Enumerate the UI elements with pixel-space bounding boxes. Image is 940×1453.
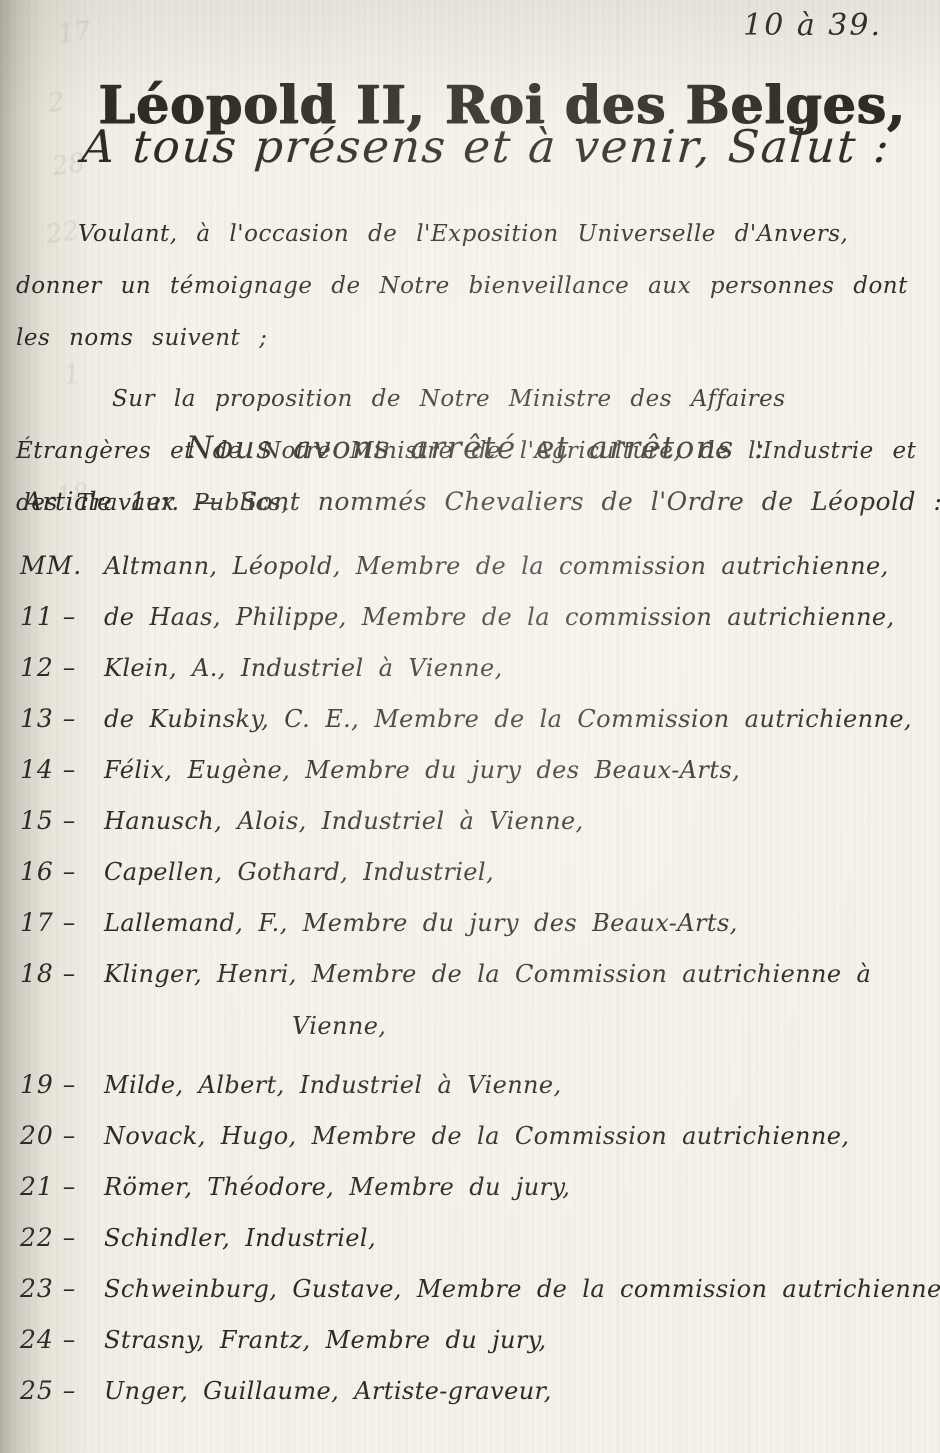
entry-number: 25 – [20, 1376, 104, 1405]
entry-text: de Kubinsky, C. E., Membre de la Commiss… [104, 705, 912, 733]
entry-number: 15 – [20, 806, 104, 835]
entry-text: Klein, A., Industriel à Vienne, [104, 654, 503, 682]
entry-number: 14 – [20, 755, 104, 784]
entry-number: 17 – [20, 908, 104, 937]
entry-text: de Haas, Philippe, Membre de la commissi… [104, 603, 895, 631]
list-item: 18 – Klinger, Henri, Membre de la Commis… [20, 948, 932, 999]
entry-text: Strasny, Frantz, Membre du jury, [104, 1326, 547, 1354]
entry-number: 11 – [20, 602, 104, 631]
entry-text-continuation: Vienne, [292, 1012, 386, 1040]
list-item: 20 – Novack, Hugo, Membre de la Commissi… [20, 1110, 932, 1161]
list-item: 21 – Römer, Théodore, Membre du jury, [20, 1161, 932, 1212]
entry-number: 12 – [20, 653, 104, 682]
preamble-paragraph: Voulant, à l'occasion de l'Exposition Un… [16, 208, 924, 364]
entry-text: Schweinburg, Gustave, Membre de la commi… [104, 1275, 940, 1303]
list-item: 12 – Klein, A., Industriel à Vienne, [20, 642, 932, 693]
list-item: 15 – Hanusch, Alois, Industriel à Vienne… [20, 795, 932, 846]
entry-text: Römer, Théodore, Membre du jury, [104, 1173, 570, 1201]
list-item: 14 – Félix, Eugène, Membre du jury des B… [20, 744, 932, 795]
entry-number: 18 – [20, 959, 104, 988]
entry-number: 13 – [20, 704, 104, 733]
list-item: 22 – Schindler, Industriel, [20, 1212, 932, 1263]
entry-number: 22 – [20, 1223, 104, 1252]
entry-text: Lallemand, F., Membre du jury des Beaux-… [104, 909, 738, 937]
article-heading: Article 1er. — Sont nommés Chevaliers de… [24, 487, 940, 516]
entry-number: 23 – [20, 1274, 104, 1303]
decree-line: Nous avons arrêté et arrêtons : [186, 430, 766, 466]
nominee-list: MM. Altmann, Léopold, Membre de la commi… [20, 540, 932, 1416]
bleedthrough-mark: 17 [56, 16, 93, 50]
list-item: MM. Altmann, Léopold, Membre de la commi… [20, 540, 932, 591]
list-item-continuation: Vienne, [20, 999, 932, 1053]
entry-text: Unger, Guillaume, Artiste-graveur, [104, 1377, 552, 1405]
list-item: 24 – Strasny, Frantz, Membre du jury, [20, 1314, 932, 1365]
salutation-line: A tous présens et à venir, Salut : [80, 120, 804, 173]
list-item: 11 – de Haas, Philippe, Membre de la com… [20, 591, 932, 642]
list-item: 13 – de Kubinsky, C. E., Membre de la Co… [20, 693, 932, 744]
entry-text: Hanusch, Alois, Industriel à Vienne, [104, 807, 584, 835]
entry-number: 19 – [20, 1070, 104, 1099]
bleedthrough-mark: 2 [46, 87, 67, 119]
list-item: 23 – Schweinburg, Gustave, Membre de la … [20, 1263, 932, 1314]
entry-number: 20 – [20, 1121, 104, 1150]
entry-text: Milde, Albert, Industriel à Vienne, [104, 1071, 562, 1099]
entry-text: Félix, Eugène, Membre du jury des Beaux-… [104, 756, 740, 784]
entry-text: Novack, Hugo, Membre de la Commission au… [104, 1122, 849, 1150]
list-item: 19 – Milde, Albert, Industriel à Vienne, [20, 1059, 932, 1110]
document-page: 17 2 28 22 1 18 10 à 39. Léopold II, Roi… [0, 0, 940, 1453]
entry-text: Klinger, Henri, Membre de la Commission … [104, 960, 871, 988]
entry-text: Capellen, Gothard, Industriel, [104, 858, 494, 886]
entry-number: 24 – [20, 1325, 104, 1354]
entry-number: MM. [20, 551, 104, 580]
entry-text: Schindler, Industriel, [104, 1224, 376, 1252]
list-item: 17 – Lallemand, F., Membre du jury des B… [20, 897, 932, 948]
entry-number: 16 – [20, 857, 104, 886]
list-item: 25 – Unger, Guillaume, Artiste-graveur, [20, 1365, 932, 1416]
entry-number: 21 – [20, 1172, 104, 1201]
entry-text: Altmann, Léopold, Membre de la commissio… [104, 552, 889, 580]
list-item: 16 – Capellen, Gothard, Industriel, [20, 846, 932, 897]
folio-annotation: 10 à 39. [743, 8, 882, 43]
